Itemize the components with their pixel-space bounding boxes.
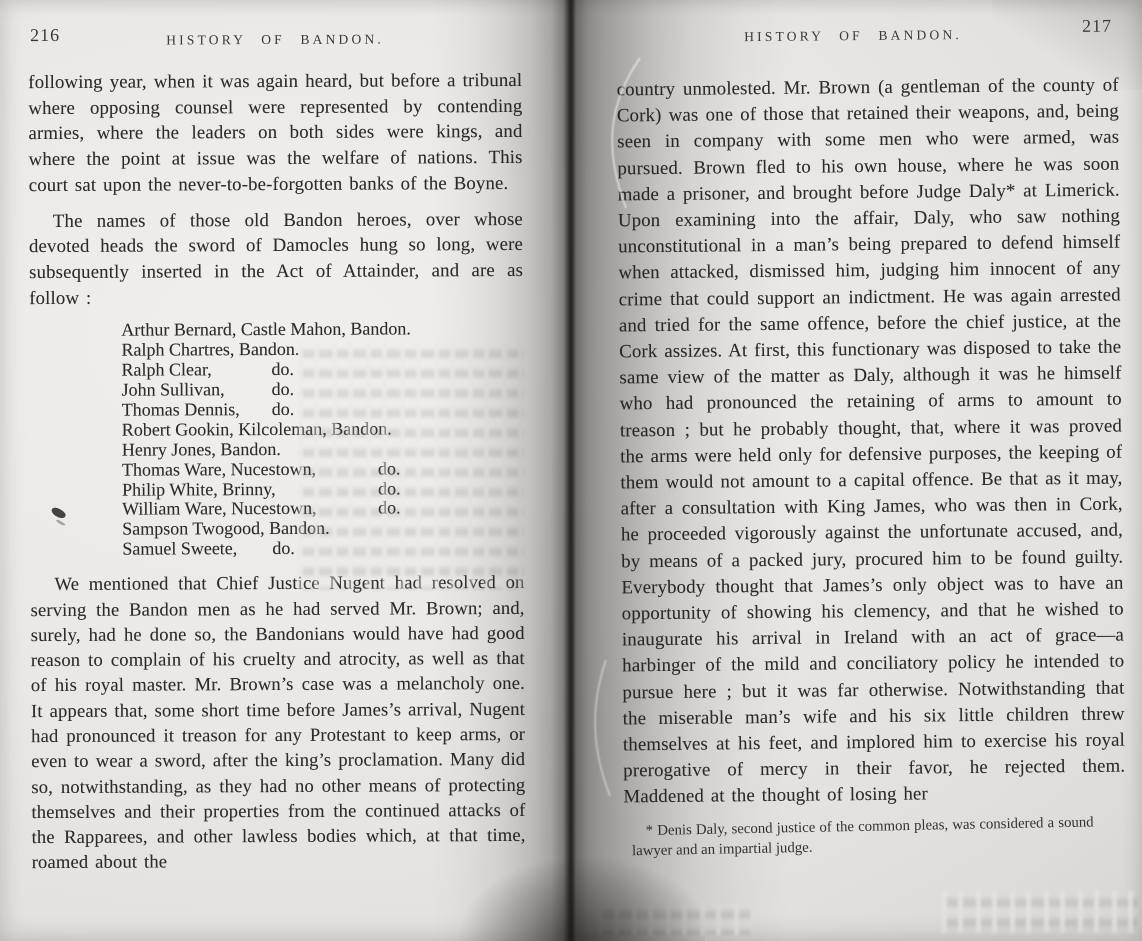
right-page: HISTORY OF BANDON. 217 country unmoleste… bbox=[616, 14, 1126, 861]
paragraph: country unmolested. Mr. Brown (a gentlem… bbox=[617, 73, 1126, 811]
list-item-ditto: do. bbox=[378, 498, 401, 518]
list-item-ditto: do. bbox=[271, 359, 294, 379]
list-item: Thomas Dennis,do. bbox=[122, 399, 524, 421]
showthrough-ghost-text bbox=[598, 903, 750, 935]
paragraph: We mentioned that Chief Justice Nugent h… bbox=[30, 570, 525, 876]
list-item-name: Robert Gookin, Kilcoleman, Bandon. bbox=[122, 419, 392, 440]
left-page: 216 HISTORY OF BANDON. following year, w… bbox=[28, 19, 526, 876]
list-item-name: Ralph Chartres, Bandon. bbox=[121, 340, 299, 361]
list-item-name: Arthur Bernard, Castle Mahon, Bandon. bbox=[121, 320, 411, 341]
list-item: Robert Gookin, Kilcoleman, Bandon. bbox=[122, 419, 524, 441]
list-item: John Sullivan,do. bbox=[122, 379, 524, 401]
right-running-header: HISTORY OF BANDON. bbox=[744, 27, 962, 45]
book-scan: 216 HISTORY OF BANDON. following year, w… bbox=[0, 0, 1142, 941]
right-page-head: HISTORY OF BANDON. 217 bbox=[616, 14, 1118, 61]
list-item: Ralph Chartres, Bandon. bbox=[121, 339, 523, 361]
paragraph: The names of those old Bandon heroes, ov… bbox=[29, 206, 523, 311]
list-item: Arthur Bernard, Castle Mahon, Bandon. bbox=[121, 319, 523, 341]
list-item-name: John Sullivan, bbox=[122, 380, 272, 401]
list-item-name: Henry Jones, Bandon. bbox=[122, 440, 281, 461]
left-running-header: HISTORY OF BANDON. bbox=[166, 32, 384, 49]
list-item: Ralph Clear,do. bbox=[121, 359, 523, 381]
paragraph: following year, when it was again heard,… bbox=[28, 68, 523, 199]
list-item-name: Thomas Ware, Nucestown, bbox=[122, 459, 378, 480]
list-item: Sampson Twogood, Bandon. bbox=[122, 518, 524, 540]
list-item: Thomas Ware, Nucestown,do. bbox=[122, 459, 524, 481]
list-item-ditto: do. bbox=[272, 538, 295, 558]
list-item-name: Philip White, Brinny, bbox=[122, 479, 378, 500]
footnote: * Denis Daly, second justice of the comm… bbox=[632, 813, 1095, 861]
list-item-name: Ralph Clear, bbox=[121, 360, 271, 381]
list-item-ditto: do. bbox=[272, 379, 295, 399]
list-item-name: William Ware, Nucestown, bbox=[122, 499, 378, 520]
right-page-number: 217 bbox=[1082, 16, 1112, 37]
showthrough-ghost-text bbox=[942, 891, 1138, 933]
list-item-name: Samuel Sweete, bbox=[122, 539, 272, 560]
left-page-body: following year, when it was again heard,… bbox=[28, 68, 526, 876]
list-item-name: Sampson Twogood, Bandon. bbox=[122, 519, 330, 540]
left-page-head: 216 HISTORY OF BANDON. bbox=[28, 19, 522, 63]
list-item-ditto: do. bbox=[378, 478, 401, 498]
list-item: Samuel Sweete,do. bbox=[122, 538, 524, 560]
attainder-list: Arthur Bernard, Castle Mahon, Bandon. Ra… bbox=[121, 319, 524, 560]
list-item: Philip White, Brinny,do. bbox=[122, 478, 524, 500]
left-page-number: 216 bbox=[30, 25, 60, 46]
list-item: William Ware, Nucestown,do. bbox=[122, 498, 524, 520]
list-item-ditto: do. bbox=[378, 458, 401, 478]
list-item-name: Thomas Dennis, bbox=[122, 400, 272, 421]
list-item: Henry Jones, Bandon. bbox=[122, 439, 524, 461]
list-item-ditto: do. bbox=[272, 399, 295, 419]
right-page-body: country unmolested. Mr. Brown (a gentlem… bbox=[617, 73, 1126, 861]
